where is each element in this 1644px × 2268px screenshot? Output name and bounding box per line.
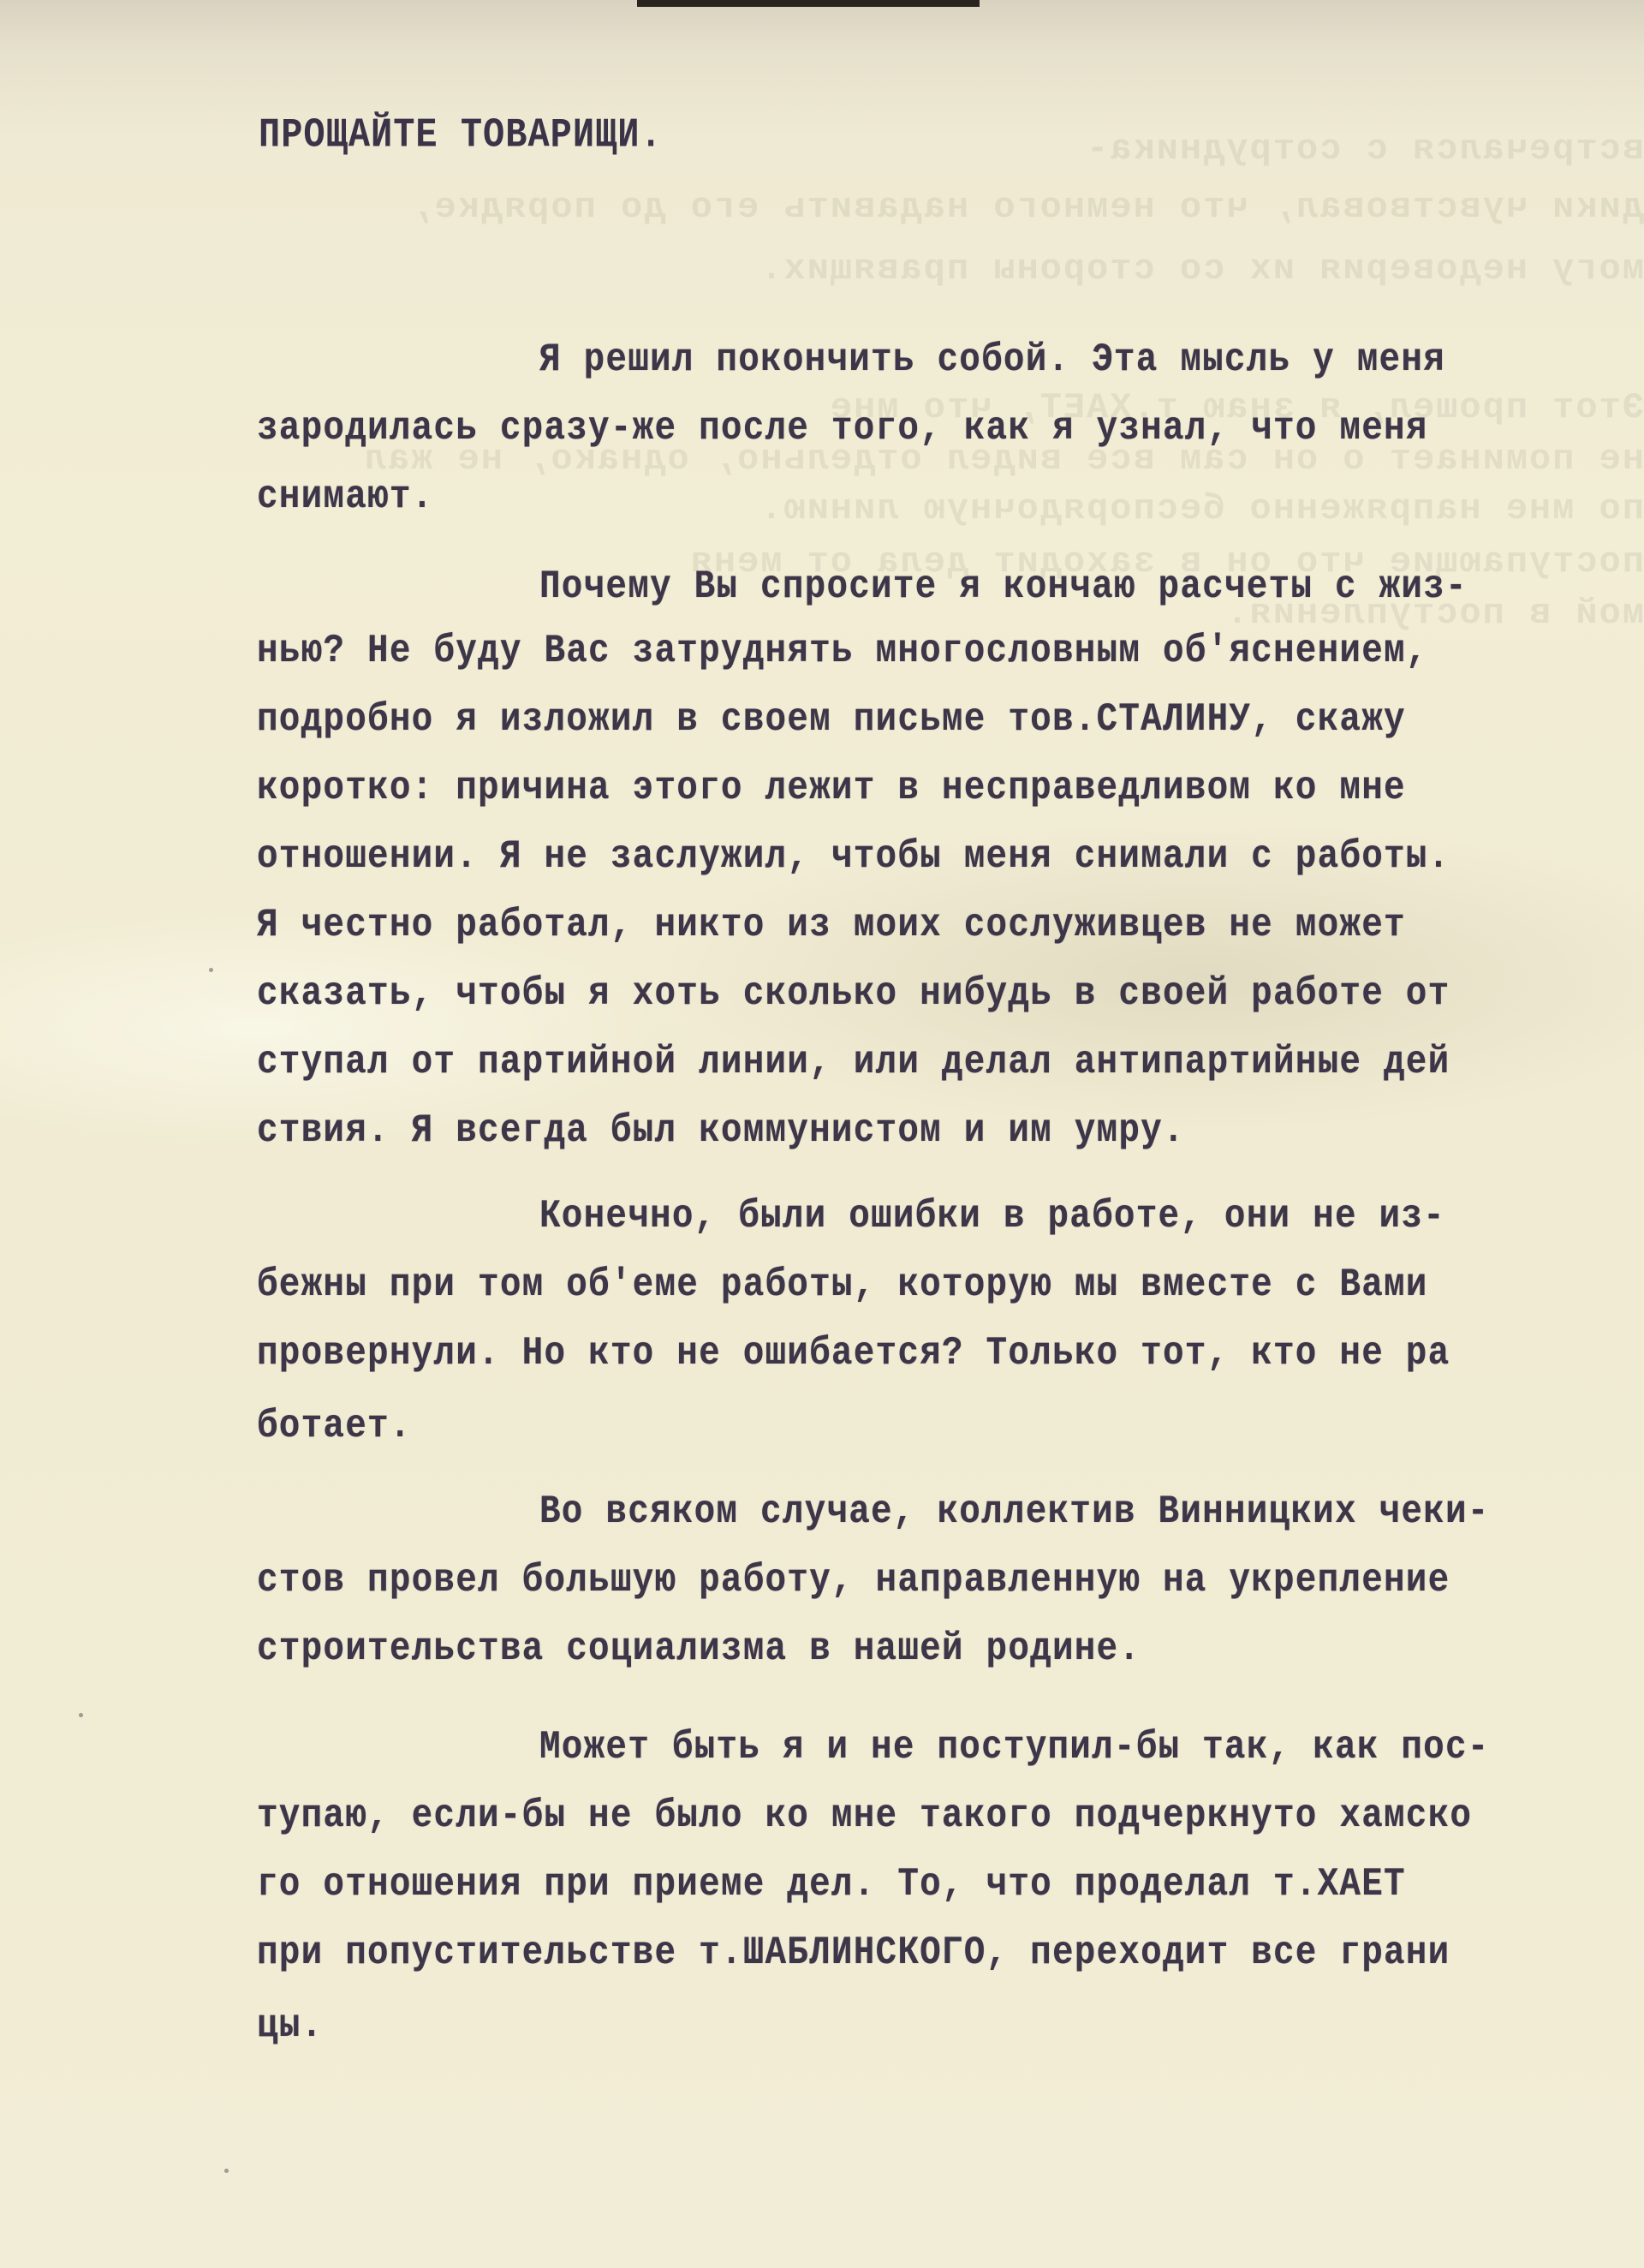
text-line: ствия. Я всегда был коммунистом и им умр…: [257, 1109, 1185, 1154]
text-line: Я решил покончить собой. Эта мысль у мен…: [539, 338, 1445, 383]
text-line: Может быть я и не поступил-бы так, как п…: [539, 1726, 1490, 1770]
text-line: цы.: [257, 2004, 323, 2049]
text-line: ботает.: [257, 1405, 412, 1449]
document-title: ПРОЩАЙТЕ ТОВАРИЩИ.: [259, 111, 663, 158]
text-line: зародилась сразу-же после того, как я уз…: [257, 407, 1428, 451]
text-line: Во всяком случае, коллектив Винницких че…: [539, 1490, 1490, 1535]
text-line: стов провел большую работу, направленную…: [257, 1559, 1450, 1603]
text-line: бежны при том об'еме работы, которую мы …: [257, 1263, 1428, 1308]
text-line: провернули. Но кто не ошибается? Только …: [257, 1332, 1450, 1376]
text-line: строительства социализма в нашей родине.: [257, 1627, 1141, 1672]
text-line: Конечно, были ошибки в работе, они не из…: [539, 1195, 1445, 1239]
text-line: при попустительстве т.ШАБЛИНСКОГО, перех…: [257, 1931, 1450, 1976]
text-line: Я честно работал, никто из моих сослужив…: [257, 904, 1406, 948]
text-line: Почему Вы спросите я кончаю расчеты с жи…: [539, 565, 1468, 610]
ink-speck: [224, 2169, 229, 2173]
text-line: го отношения при приеме дел. То, что про…: [257, 1863, 1406, 1907]
text-line: тупаю, если-бы не было ко мне такого под…: [257, 1794, 1472, 1839]
text-line: сказать, чтобы я хоть сколько нибудь в с…: [257, 972, 1450, 1017]
text-line: ступал от партийной линии, или делал ант…: [257, 1041, 1450, 1085]
text-line: снимают.: [257, 475, 433, 520]
text-line: отношении. Я не заслужил, чтобы меня сни…: [257, 835, 1450, 880]
text-line: подробно я изложил в своем письме тов.СТ…: [257, 698, 1406, 743]
scanner-edge-bar: [637, 0, 980, 7]
text-line: нью? Не буду Вас затруднять многословным…: [257, 630, 1428, 674]
ink-speck: [79, 1713, 83, 1717]
text-line: коротко: причина этого лежит в несправед…: [257, 767, 1406, 811]
ink-speck: [209, 968, 213, 972]
